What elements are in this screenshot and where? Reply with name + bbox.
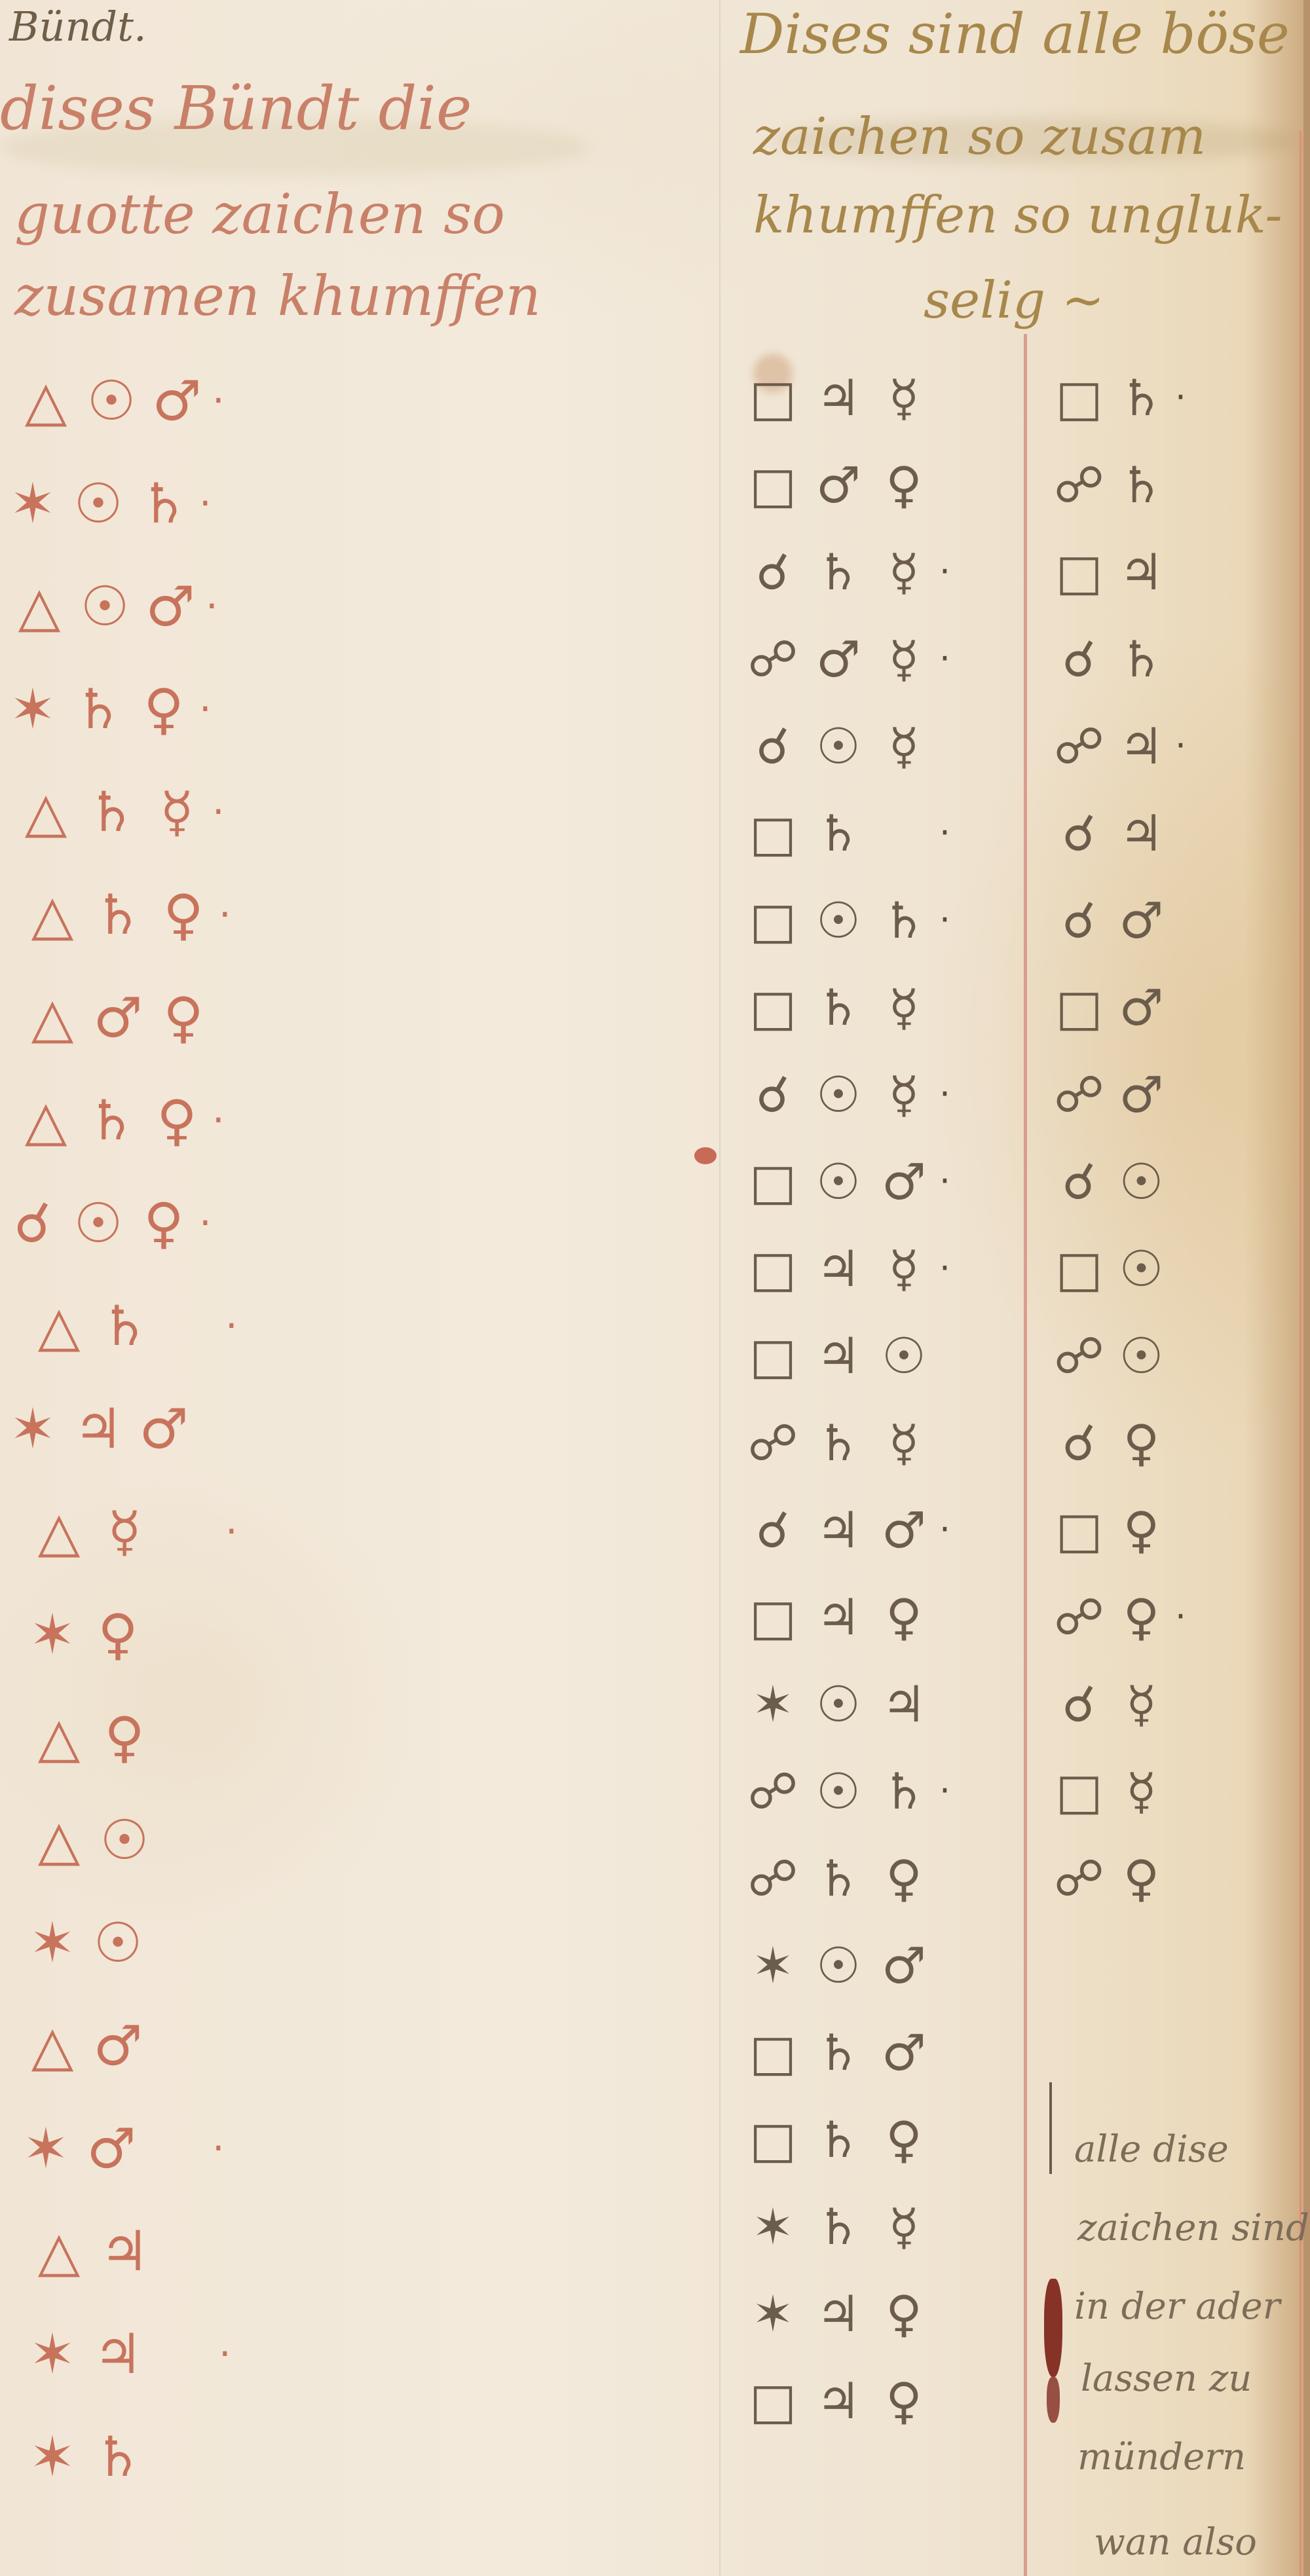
- planet-symbol: ♄: [92, 1298, 157, 1353]
- planet-symbol: ☿: [1110, 1680, 1172, 1729]
- aspect-symbol: ✶: [20, 2429, 85, 2484]
- page-edge-shadow: [1303, 0, 1310, 2576]
- aspect-symbol: □: [740, 983, 806, 1033]
- aspect-symbol: △: [26, 1710, 92, 1765]
- planet-symbol: ♄: [806, 1854, 871, 1904]
- aspect-row: □♃♀: [740, 1592, 937, 1642]
- aspect-row: △♂♀: [20, 990, 216, 1045]
- side-note-line-1: alle dise: [1074, 2128, 1229, 2171]
- right-heading-line-3: khumffen so ungluk-: [753, 190, 1282, 241]
- planet-symbol: ♂: [871, 1157, 937, 1207]
- aspect-symbol: ☌: [1048, 896, 1110, 946]
- aspect-symbol: ✶: [740, 1941, 806, 1991]
- planet-symbol: ♃: [1110, 809, 1172, 858]
- aspect-symbol: □: [740, 1331, 806, 1381]
- planet-symbol: ♀: [871, 1854, 937, 1904]
- aspect-symbol: ☍: [740, 1418, 806, 1468]
- planet-symbol: ♂: [806, 460, 871, 510]
- ink-blot: [1047, 2377, 1060, 2423]
- punctuation-dot: ·: [219, 2335, 231, 2374]
- aspect-row: ☍♂: [1048, 1070, 1172, 1120]
- red-dot-mark: [694, 1147, 717, 1164]
- planet-symbol: ♂: [144, 373, 210, 428]
- planet-symbol: ♂: [85, 990, 151, 1045]
- aspect-row: ☍♄☿: [740, 1418, 937, 1468]
- aspect-row: △♀: [26, 1710, 223, 1765]
- punctuation-dot: ·: [939, 1077, 950, 1112]
- aspect-row: ☌☉: [1048, 1157, 1172, 1207]
- aspect-row: ☌♀: [1048, 1418, 1172, 1468]
- planet-symbol: ♂: [806, 635, 871, 684]
- right-heading-line-4: selig ~: [924, 275, 1104, 326]
- aspect-row: ☌☉♀·: [0, 1196, 212, 1251]
- top-left-fragment: Bündt.: [9, 7, 147, 47]
- planet-symbol: ♀: [1110, 1505, 1172, 1555]
- aspect-symbol: ☍: [1048, 460, 1110, 510]
- planet-symbol: ♃: [806, 2376, 871, 2426]
- planet-symbol: ♂: [1110, 983, 1172, 1033]
- punctuation-dot: ·: [199, 485, 212, 523]
- planet-symbol: ♀: [871, 2376, 937, 2426]
- punctuation-dot: ·: [212, 1101, 225, 1140]
- aspect-symbol: ✶: [20, 1915, 85, 1970]
- planet-symbol: ♀: [131, 1196, 196, 1251]
- aspect-symbol: ☌: [740, 722, 806, 771]
- aspect-row: △☉♂·: [13, 373, 225, 428]
- planet-symbol: ☉: [1110, 1331, 1172, 1381]
- aspect-row: ☍♀: [1048, 1854, 1172, 1904]
- planet-symbol: ♂: [871, 2028, 937, 2078]
- aspect-symbol: ☌: [1048, 1680, 1110, 1729]
- aspect-row: ✶☉♃: [740, 1680, 937, 1729]
- planet-symbol: ☉: [806, 1767, 871, 1816]
- planet-symbol: ♄: [85, 887, 151, 942]
- aspect-symbol: △: [26, 1812, 92, 1868]
- aspect-row: □♃: [1048, 547, 1172, 597]
- aspect-row: ☌♃: [1048, 809, 1172, 858]
- planet-symbol: ☿: [871, 1418, 937, 1468]
- planet-symbol: ♀: [85, 1607, 151, 1662]
- planet-symbol: ♀: [871, 460, 937, 510]
- planet-symbol: ☉: [85, 1915, 151, 1970]
- aspect-symbol: ✶: [0, 476, 65, 531]
- planet-symbol: ☉: [92, 1812, 157, 1868]
- aspect-symbol: □: [740, 2028, 806, 2078]
- planet-symbol: ♃: [806, 2289, 871, 2339]
- aspect-row: △♄♀·: [13, 1093, 225, 1148]
- aspect-row: □♃♀: [740, 2376, 937, 2426]
- planet-symbol: ☿: [871, 547, 937, 597]
- planet-symbol: ♂: [871, 1941, 937, 1991]
- aspect-row: △♄♀·: [20, 887, 231, 942]
- aspect-row: △♃: [26, 2224, 223, 2279]
- aspect-row: △☉: [26, 1812, 223, 1868]
- planet-symbol: ♂: [1110, 1070, 1172, 1120]
- punctuation-dot: ·: [939, 816, 950, 851]
- aspect-symbol: ☌: [1048, 1157, 1110, 1207]
- aspect-row: ✶♄☿: [740, 2202, 937, 2252]
- planet-symbol: ♄: [806, 2028, 871, 2078]
- planet-symbol: ♃: [806, 373, 871, 423]
- punctuation-dot: ·: [199, 1204, 212, 1243]
- planet-symbol: ♀: [871, 2289, 937, 2339]
- aspect-symbol: □: [740, 460, 806, 510]
- punctuation-dot: ·: [939, 1164, 950, 1199]
- aspect-symbol: ☍: [1048, 1331, 1110, 1381]
- planet-symbol: ☉: [806, 1157, 871, 1207]
- planet-symbol: ☉: [65, 476, 131, 531]
- aspect-symbol: □: [740, 2376, 806, 2426]
- aspect-symbol: □: [1048, 373, 1110, 423]
- aspect-row: ✶♂·: [13, 2121, 225, 2176]
- planet-symbol: ♀: [144, 1093, 210, 1148]
- side-note-line-2: zaichen sind: [1077, 2207, 1309, 2249]
- punctuation-dot: ·: [212, 382, 225, 420]
- planet-symbol: ♃: [65, 1401, 131, 1456]
- planet-symbol: ☿: [871, 373, 937, 423]
- aspect-symbol: ✶: [13, 2121, 79, 2176]
- aspect-symbol: □: [1048, 1244, 1110, 1294]
- aspect-symbol: □: [740, 373, 806, 423]
- aspect-symbol: ☍: [1048, 1854, 1110, 1904]
- side-note-line-4: lassen zu: [1081, 2357, 1252, 2400]
- aspect-symbol: □: [1048, 1767, 1110, 1816]
- aspect-row: ☍♄: [1048, 460, 1172, 510]
- punctuation-dot: ·: [939, 903, 950, 938]
- aspect-symbol: △: [26, 2224, 92, 2279]
- aspect-row: ✶☉♂: [740, 1941, 937, 1991]
- planet-symbol: ♄: [806, 547, 871, 597]
- planet-symbol: ♃: [806, 1244, 871, 1294]
- aspect-row: □☿: [1048, 1767, 1172, 1816]
- aspect-row: ☍♂☿·: [740, 635, 950, 684]
- planet-symbol: ☉: [1110, 1157, 1172, 1207]
- planet-symbol: ☉: [806, 1941, 871, 1991]
- aspect-symbol: ☍: [1048, 722, 1110, 771]
- planet-symbol: ☉: [65, 1196, 131, 1251]
- planet-symbol: ♄: [1110, 460, 1172, 510]
- aspect-symbol: ✶: [0, 1401, 65, 1456]
- aspect-row: ☌♄: [1048, 635, 1172, 684]
- aspect-symbol: ☍: [740, 1767, 806, 1816]
- aspect-symbol: △: [20, 2018, 85, 2073]
- aspect-row: ☌♄☿·: [740, 547, 950, 597]
- planet-symbol: ♀: [1110, 1854, 1172, 1904]
- planet-symbol: ♀: [871, 2115, 937, 2165]
- punctuation-dot: ·: [1175, 1600, 1186, 1634]
- planet-symbol: ♂: [79, 2121, 144, 2176]
- planet-symbol: ☿: [144, 784, 210, 839]
- aspect-symbol: ✶: [740, 1680, 806, 1729]
- planet-symbol: ♄: [1110, 373, 1172, 423]
- planet-symbol: ♃: [1110, 547, 1172, 597]
- planet-symbol: ♂: [1110, 896, 1172, 946]
- planet-symbol: ♂: [138, 579, 203, 634]
- ink-blot: [1044, 2279, 1062, 2377]
- aspect-symbol: ☍: [740, 635, 806, 684]
- planet-symbol: ☿: [871, 983, 937, 1033]
- planet-symbol: ♄: [85, 2429, 151, 2484]
- aspect-row: ☍♃·: [1048, 722, 1186, 771]
- aspect-symbol: △: [13, 373, 79, 428]
- aspect-row: ☍☉: [1048, 1331, 1172, 1381]
- aspect-row: □♄♂: [740, 2028, 937, 2078]
- planet-symbol: ♃: [85, 2327, 151, 2382]
- aspect-symbol: ☌: [1048, 635, 1110, 684]
- aspect-row: ☍♀·: [1048, 1592, 1186, 1642]
- planet-symbol: ♂: [85, 2018, 151, 2073]
- planet-symbol: ☿: [871, 635, 937, 684]
- punctuation-dot: ·: [939, 1774, 950, 1809]
- brown-rule-segment: [1049, 2082, 1052, 2174]
- planet-symbol: ☿: [1110, 1767, 1172, 1816]
- aspect-symbol: ☌: [1048, 1418, 1110, 1468]
- aspect-symbol: △: [20, 887, 85, 942]
- punctuation-dot: ·: [939, 642, 950, 676]
- planet-symbol: ♀: [871, 1592, 937, 1642]
- left-margin-ruling: [719, 0, 720, 2576]
- planet-symbol: ☉: [72, 579, 138, 634]
- planet-symbol: ♂: [871, 1505, 937, 1555]
- aspect-row: □☉: [1048, 1244, 1172, 1294]
- aspect-symbol: ✶: [740, 2202, 806, 2252]
- planet-symbol: ♄: [806, 809, 871, 858]
- aspect-row: □♄·: [740, 809, 950, 858]
- planet-symbol: ♄: [806, 983, 871, 1033]
- planet-symbol: ♄: [79, 784, 144, 839]
- aspect-symbol: □: [1048, 983, 1110, 1033]
- aspect-symbol: □: [740, 1592, 806, 1642]
- aspect-symbol: △: [26, 1298, 92, 1353]
- aspect-symbol: □: [740, 1244, 806, 1294]
- left-heading-line-3: zusamen khumffen: [14, 268, 541, 323]
- aspect-row: ☍☉♄·: [740, 1767, 950, 1816]
- aspect-symbol: ✶: [20, 1607, 85, 1662]
- planet-symbol: ♄: [871, 1767, 937, 1816]
- aspect-row: ✶♃·: [20, 2327, 231, 2382]
- left-heading-line-2: guotte zaichen so: [14, 187, 505, 242]
- aspect-row: ☌☿: [1048, 1680, 1172, 1729]
- aspect-symbol: △: [26, 1504, 92, 1559]
- aspect-symbol: ✶: [0, 682, 65, 737]
- aspect-row: □♂: [1048, 983, 1172, 1033]
- punctuation-dot: ·: [939, 1251, 950, 1286]
- side-note-line-3: in der ader: [1074, 2285, 1280, 2328]
- planet-symbol: ♀: [131, 682, 196, 737]
- aspect-row: □♄☿: [740, 983, 937, 1033]
- aspect-symbol: □: [740, 1157, 806, 1207]
- planet-symbol: ♃: [806, 1592, 871, 1642]
- planet-symbol: ♃: [92, 2224, 157, 2279]
- planet-symbol: ♄: [1110, 635, 1172, 684]
- side-note-line-6: wan also: [1094, 2521, 1257, 2564]
- punctuation-dot: ·: [225, 1307, 238, 1346]
- aspect-row: △♄·: [26, 1298, 238, 1353]
- planet-symbol: ☿: [871, 722, 937, 771]
- aspect-symbol: □: [1048, 1505, 1110, 1555]
- planet-symbol: ☿: [871, 1070, 937, 1120]
- aspect-symbol: ☌: [0, 1196, 65, 1251]
- aspect-row: □☉♂·: [740, 1157, 950, 1207]
- aspect-symbol: □: [1048, 547, 1110, 597]
- aspect-row: △♄☿·: [13, 784, 225, 839]
- aspect-row: △♂: [20, 2018, 216, 2073]
- planet-symbol: ♄: [131, 476, 196, 531]
- left-heading-line-1: dises Bündt die: [0, 79, 472, 139]
- punctuation-dot: ·: [1175, 380, 1186, 415]
- planet-symbol: ☿: [92, 1504, 157, 1559]
- aspect-row: □☉♄·: [740, 896, 950, 946]
- planet-symbol: ♀: [151, 887, 216, 942]
- planet-symbol: ♀: [151, 990, 216, 1045]
- aspect-row: □♃☿: [740, 373, 937, 423]
- planet-symbol: ☉: [806, 1680, 871, 1729]
- center-red-ruling: [1024, 334, 1027, 2576]
- right-heading-line-1: Dises sind alle böse: [740, 7, 1290, 62]
- aspect-symbol: □: [740, 896, 806, 946]
- aspect-symbol: △: [13, 784, 79, 839]
- aspect-row: ✶♄♀·: [0, 682, 212, 737]
- aspect-row: □♂♀: [740, 460, 937, 510]
- aspect-symbol: ✶: [20, 2327, 85, 2382]
- aspect-row: ✶♃♂: [0, 1401, 196, 1456]
- aspect-row: △☉♂·: [7, 579, 218, 634]
- planet-symbol: ♄: [806, 2115, 871, 2165]
- aspect-symbol: ☍: [1048, 1070, 1110, 1120]
- aspect-row: ☌☉☿·: [740, 1070, 950, 1120]
- aspect-symbol: ☌: [740, 1505, 806, 1555]
- planet-symbol: ♀: [92, 1710, 157, 1765]
- planet-symbol: ♄: [65, 682, 131, 737]
- punctuation-dot: ·: [939, 1513, 950, 1547]
- aspect-symbol: △: [20, 990, 85, 1045]
- punctuation-dot: ·: [939, 555, 950, 589]
- aspect-symbol: ☌: [740, 547, 806, 597]
- planet-symbol: ♃: [1110, 722, 1172, 771]
- planet-symbol: ♄: [871, 896, 937, 946]
- planet-symbol: ♃: [871, 1680, 937, 1729]
- punctuation-dot: ·: [1175, 729, 1186, 764]
- planet-symbol: ♀: [1110, 1418, 1172, 1468]
- aspect-symbol: ☌: [740, 1070, 806, 1120]
- aspect-row: □♄♀: [740, 2115, 937, 2165]
- aspect-symbol: △: [7, 579, 72, 634]
- aspect-row: ☍♄♀: [740, 1854, 937, 1904]
- aspect-symbol: ☍: [1048, 1592, 1110, 1642]
- aspect-row: ✶☉: [20, 1915, 216, 1970]
- punctuation-dot: ·: [206, 587, 218, 626]
- aspect-symbol: □: [740, 809, 806, 858]
- aspect-row: ✶♄: [20, 2429, 216, 2484]
- punctuation-dot: ·: [212, 2129, 225, 2168]
- punctuation-dot: ·: [199, 690, 212, 729]
- aspect-symbol: □: [740, 2115, 806, 2165]
- planet-symbol: ☉: [1110, 1244, 1172, 1294]
- aspect-row: ☌☉☿: [740, 722, 937, 771]
- planet-symbol: ☉: [806, 722, 871, 771]
- planet-symbol: ♂: [131, 1401, 196, 1456]
- aspect-row: △☿·: [26, 1504, 238, 1559]
- aspect-row: ✶♀: [20, 1607, 216, 1662]
- aspect-row: ✶☉♄·: [0, 476, 212, 531]
- aspect-row: ☌♃♂·: [740, 1505, 950, 1555]
- manuscript-page: Bündt. dises Bündt die guotte zaichen so…: [0, 0, 1310, 2576]
- planet-symbol: ☉: [806, 896, 871, 946]
- aspect-symbol: ☍: [740, 1854, 806, 1904]
- planet-symbol: ☉: [806, 1070, 871, 1120]
- planet-symbol: ☿: [871, 2202, 937, 2252]
- aspect-row: □♃☿·: [740, 1244, 950, 1294]
- aspect-row: □♄·: [1048, 373, 1186, 423]
- planet-symbol: ♀: [1110, 1592, 1172, 1642]
- planet-symbol: ☉: [79, 373, 144, 428]
- aspect-symbol: ✶: [740, 2289, 806, 2339]
- aspect-row: □♀: [1048, 1505, 1172, 1555]
- aspect-row: □♃☉: [740, 1331, 937, 1381]
- aspect-symbol: ☌: [1048, 809, 1110, 858]
- planet-symbol: ♄: [806, 1418, 871, 1468]
- planet-symbol: ♄: [806, 2202, 871, 2252]
- planet-symbol: ☉: [871, 1331, 937, 1381]
- aspect-row: ✶♃♀: [740, 2289, 937, 2339]
- side-note-line-5: mündern: [1077, 2436, 1246, 2478]
- planet-symbol: ♄: [79, 1093, 144, 1148]
- planet-symbol: ♃: [806, 1331, 871, 1381]
- aspect-symbol: △: [13, 1093, 79, 1148]
- punctuation-dot: ·: [212, 793, 225, 832]
- planet-symbol: ♃: [806, 1505, 871, 1555]
- punctuation-dot: ·: [225, 1513, 238, 1551]
- right-heading-line-2: zaichen so zusam: [753, 111, 1206, 162]
- aspect-row: ☌♂: [1048, 896, 1172, 946]
- planet-symbol: ☿: [871, 1244, 937, 1294]
- punctuation-dot: ·: [219, 896, 231, 934]
